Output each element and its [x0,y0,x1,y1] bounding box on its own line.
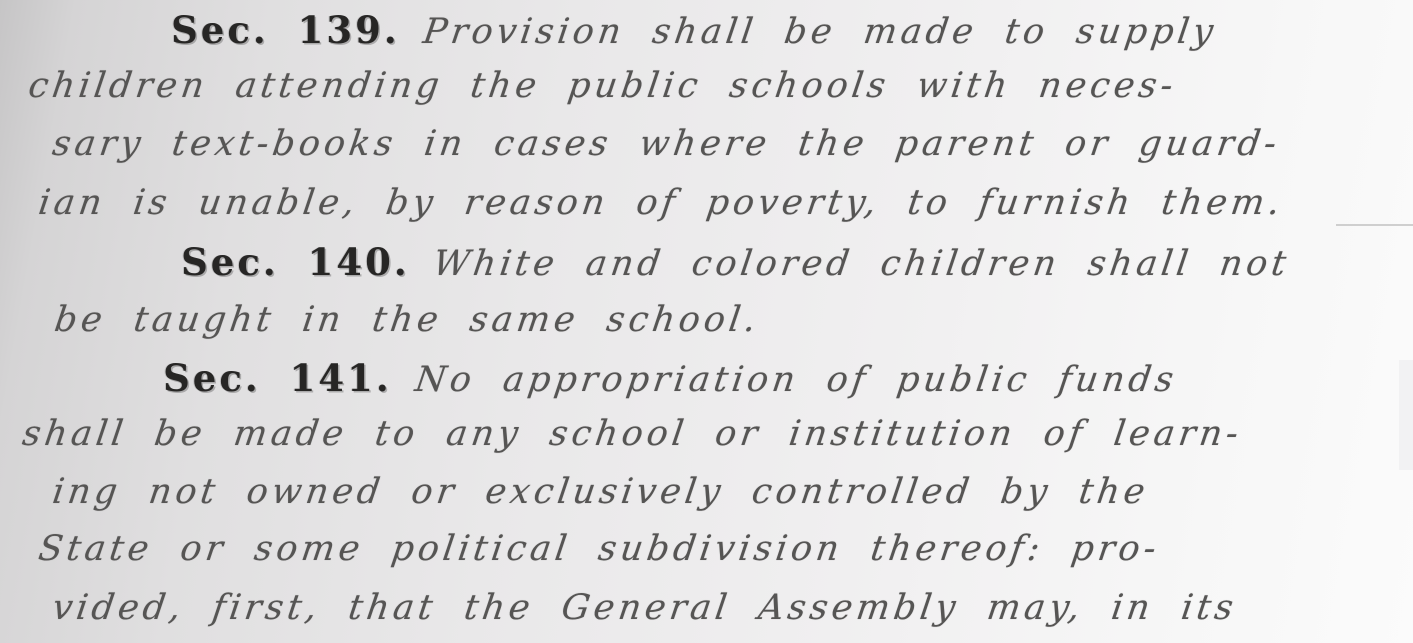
manuscript-text: children attending the public schools wi… [26,66,1179,106]
section-heading-141: Sec. 141. [163,356,392,400]
manuscript-line: Sec. 140.White and colored children shal… [178,240,1293,284]
manuscript-text: shall be made to any school or instituti… [20,414,1245,454]
pencil-margin-line [1336,224,1413,226]
manuscript-text: White and colored children shall not [431,244,1293,284]
manuscript-text: vided, first, that the General Assembly … [50,588,1240,628]
manuscript-page: Sec. 139.Provision shall be made to supp… [0,0,1413,643]
manuscript-text: No appropriation of public funds [413,360,1180,400]
section-heading-139: Sec. 139. [171,8,400,52]
manuscript-text: State or some political subdivision ther… [36,529,1162,569]
manuscript-text: be taught in the same school. [52,300,762,340]
manuscript-line: State or some political subdivision ther… [36,529,1162,569]
manuscript-line: Sec. 139.Provision shall be made to supp… [168,8,1220,52]
scan-edge-shade [1399,360,1413,470]
manuscript-line: vided, first, that the General Assembly … [50,588,1240,628]
manuscript-text: ing not owned or exclusively controlled … [50,472,1151,512]
manuscript-line: shall be made to any school or instituti… [20,414,1245,454]
manuscript-text: sary text-books in cases where the paren… [50,124,1283,164]
manuscript-line: Sec. 141.No appropriation of public fund… [160,356,1180,400]
section-heading-140: Sec. 140. [181,240,410,284]
manuscript-text: Provision shall be made to supply [421,12,1220,52]
manuscript-text: ian is unable, by reason of poverty, to … [36,183,1286,223]
manuscript-line: sary text-books in cases where the paren… [50,124,1283,164]
manuscript-line: be taught in the same school. [52,300,762,340]
manuscript-line: ian is unable, by reason of poverty, to … [36,183,1286,223]
manuscript-line: children attending the public schools wi… [26,66,1179,106]
manuscript-line: ing not owned or exclusively controlled … [50,472,1151,512]
